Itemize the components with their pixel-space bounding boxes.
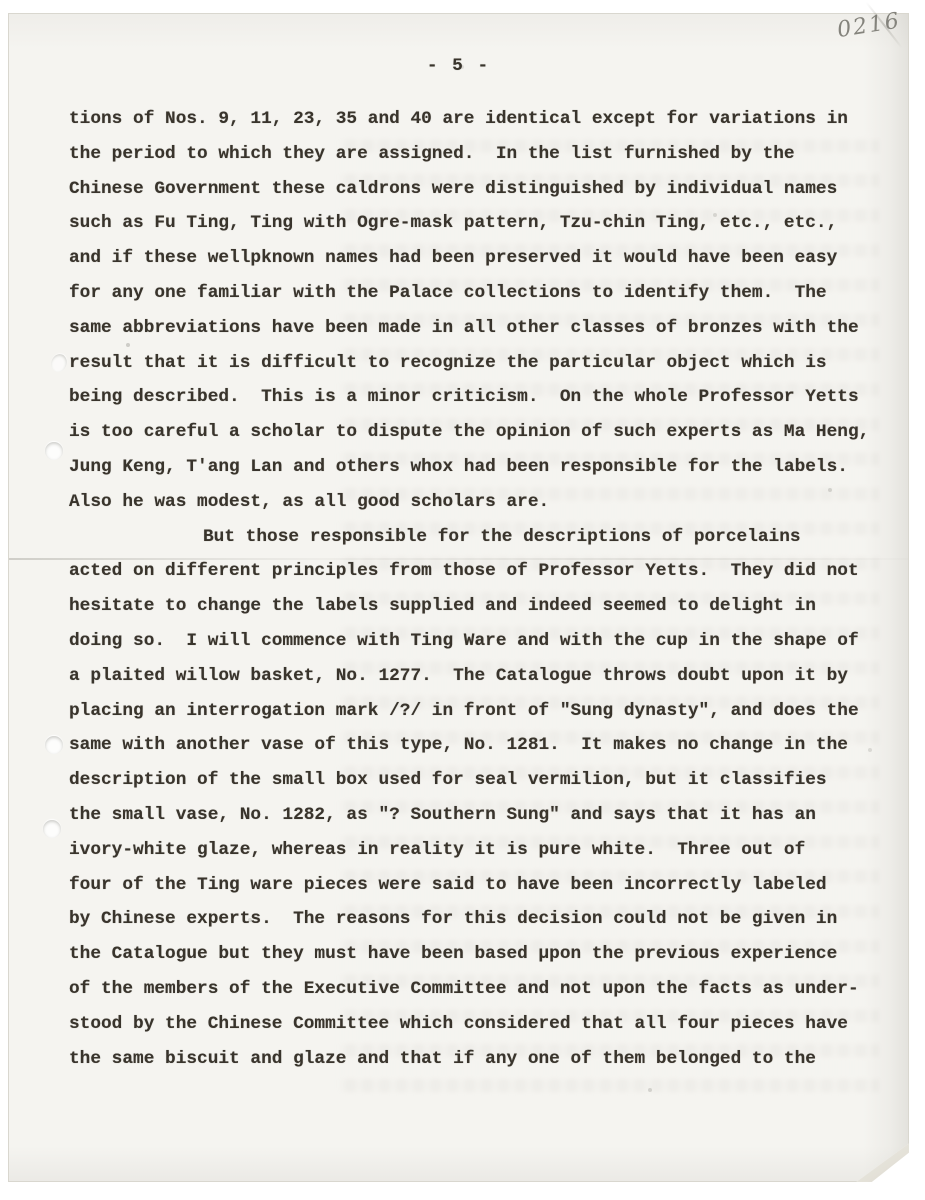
typed-line: such as Fu Ting, Ting with Ogre-mask pat… [69,206,869,241]
scan-background: 0216 - 5 - tions of Nos. 9, 11, 23, 35 a… [0,0,925,1200]
typed-line: four of the Ting ware pieces were said t… [69,868,869,903]
typed-line: tions of Nos. 9, 11, 23, 35 and 40 are i… [69,102,869,137]
typed-line: placing an interrogation mark /?/ in fro… [69,694,869,729]
typed-line: the small vase, No. 1282, as "? Southern… [69,798,869,833]
handwritten-page-code: 0216 [836,6,919,43]
typed-line: is too careful a scholar to dispute the … [69,415,869,450]
typed-line: and if these wellpknown names had been p… [69,241,869,276]
punch-hole [45,442,63,460]
punch-hole [43,820,61,838]
typed-line: same with another vase of this type, No.… [69,728,869,763]
document-page: 0216 - 5 - tions of Nos. 9, 11, 23, 35 a… [8,13,909,1182]
typed-line: Also he was modest, as all good scholars… [69,485,869,520]
typed-line: result that it is difficult to recognize… [69,346,869,381]
typed-line: Jung Keng, T'ang Lan and others whox had… [69,450,869,485]
typed-line: the period to which they are assigned. I… [69,137,869,172]
fold-crease [9,558,908,560]
typed-line: doing so. I will commence with Ting Ware… [69,624,869,659]
typed-line: stood by the Chinese Committee which con… [69,1007,869,1042]
typed-line: a plaited willow basket, No. 1277. The C… [69,659,869,694]
typed-line: by Chinese experts. The reasons for this… [69,902,869,937]
punch-hole [45,736,63,754]
typed-line: for any one familiar with the Palace col… [69,276,869,311]
typed-line: hesitate to change the labels supplied a… [69,589,869,624]
typed-line: Chinese Government these caldrons were d… [69,172,869,207]
punch-hole [49,352,70,374]
typed-line: But those responsible for the descriptio… [69,520,869,555]
typed-line: being described. This is a minor critici… [69,380,869,415]
paper-specks [9,14,11,16]
typed-line: the same biscuit and glaze and that if a… [69,1042,869,1077]
page-number: - 5 - [9,56,908,76]
typed-line: description of the small box used for se… [69,763,869,798]
typed-text-body: tions of Nos. 9, 11, 23, 35 and 40 are i… [69,102,869,1076]
typed-line: ivory-white glaze, whereas in reality it… [69,833,869,868]
typed-line: of the members of the Executive Committe… [69,972,869,1007]
typed-line: the Catalogue but they must have been ba… [69,937,869,972]
typed-line: same abbreviations have been made in all… [69,311,869,346]
